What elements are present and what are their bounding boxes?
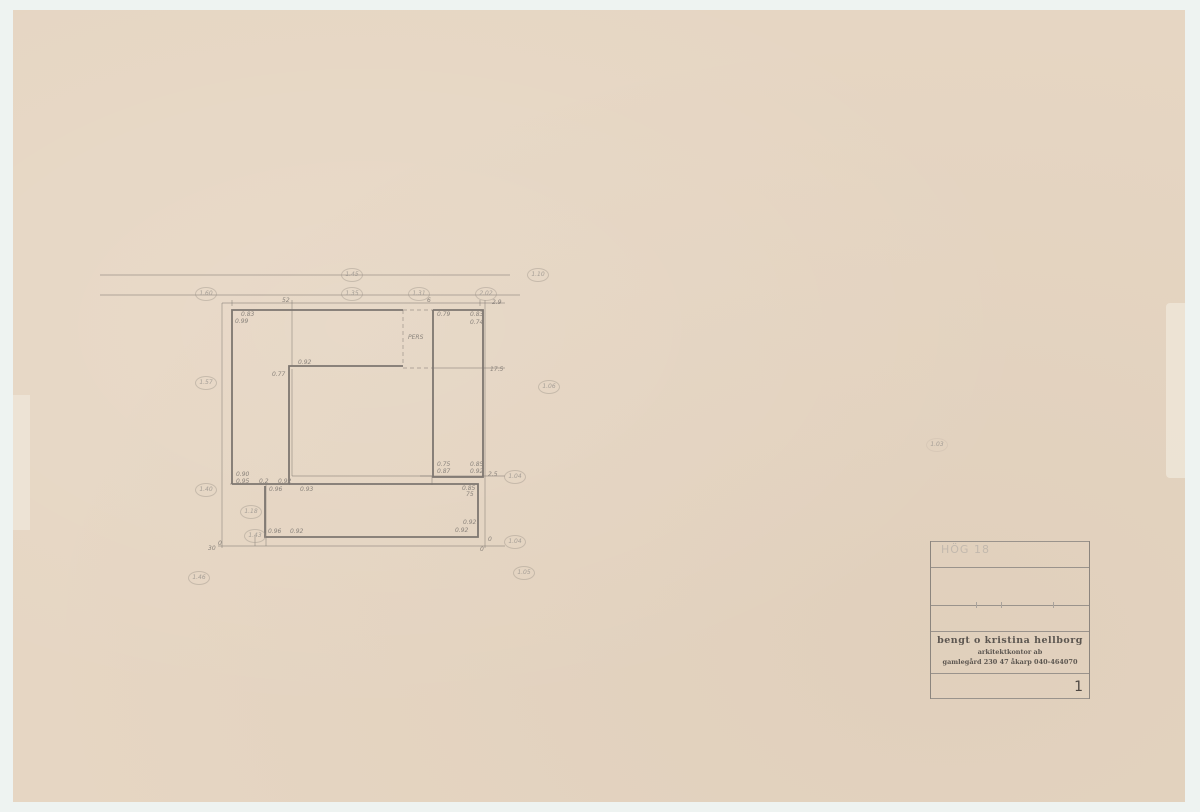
ground-level: 1.60 — [195, 287, 217, 301]
room-label: PERS — [408, 335, 423, 341]
ground-level: 1.04 — [504, 535, 526, 549]
title-block-rule — [931, 631, 1089, 632]
dimension-right-mid: 17.5 — [490, 367, 503, 373]
firm-type: arkitektkontor ab — [931, 648, 1089, 656]
title-block-bottom-rule — [931, 698, 1089, 699]
spot-level: 0.96 — [269, 487, 282, 493]
spot-level: 0.79 — [437, 312, 450, 318]
firm-stamp: bengt o kristina hellborg arkitektkontor… — [931, 635, 1089, 666]
ground-level: 2.02 — [475, 287, 497, 301]
ground-level: 1.46 — [188, 571, 210, 585]
dimension-bottom-right-b: 0 — [480, 547, 484, 553]
ground-level: 1.57 — [195, 376, 217, 390]
ground-level: 1.18 — [240, 505, 262, 519]
sheet-number: 1 — [1074, 679, 1083, 695]
ground-level: 1.06 — [538, 380, 560, 394]
ground-level: 1.43 — [244, 529, 266, 543]
ground-level: 1.40 — [195, 483, 217, 497]
spot-level: 0.74 — [470, 320, 483, 326]
dimension-bottom-right: 0 — [488, 537, 492, 543]
spot-level: 0.99 — [235, 319, 248, 325]
spot-level: 0.2 — [259, 479, 269, 485]
spot-level: 0.92 — [463, 520, 476, 526]
firm-name: bengt o kristina hellborg — [931, 635, 1089, 646]
ground-level: 1.31 — [408, 287, 430, 301]
dimension-top-right-a: 6 — [427, 298, 431, 304]
spot-level: 0.77 — [272, 372, 285, 378]
dimension-top: 52 — [282, 298, 290, 304]
spot-level: 0.92 — [278, 479, 291, 485]
spot-level: 0.96 — [268, 529, 281, 535]
dimension-right-low: 2.5 — [488, 472, 498, 478]
spot-level: 0.92 — [290, 529, 303, 535]
spot-level: 0.83 — [470, 312, 483, 318]
firm-address: gamlegård 230 47 åkarp 040-464070 — [931, 658, 1089, 666]
ground-level: 1.05 — [513, 566, 535, 580]
spot-level: 0.95 — [236, 479, 249, 485]
spot-level: 0.92 — [298, 360, 311, 366]
ground-level: 1.10 — [527, 268, 549, 282]
ground-level: 1.45 — [341, 268, 363, 282]
spot-level: 0.92 — [455, 528, 468, 534]
dimension-top-right-b: 2.9 — [492, 300, 502, 306]
title-block-rule — [931, 567, 1089, 568]
project-code: HÖG 18 — [941, 543, 990, 556]
tick-mark — [976, 602, 977, 608]
title-block-rule — [931, 673, 1089, 674]
spot-level: 75 — [466, 492, 474, 498]
spot-level: 0.87 — [437, 469, 450, 475]
ground-level: 1.04 — [504, 470, 526, 484]
dimension-bottom-left: 0 — [218, 541, 222, 547]
title-block-top-rule — [931, 541, 1089, 542]
spot-level: 0.92 — [470, 469, 483, 475]
title-block: HÖG 18 bengt o kristina hellborg arkitek… — [930, 541, 1090, 699]
dimension-bottom-left-b: 30 — [208, 546, 216, 552]
tick-mark — [1053, 602, 1054, 608]
ground-level: 1.03 — [926, 438, 948, 452]
spot-level: 0.93 — [300, 487, 313, 493]
title-block-rule — [931, 605, 1089, 606]
tick-mark — [1001, 602, 1002, 608]
ground-level: 1.35 — [341, 287, 363, 301]
